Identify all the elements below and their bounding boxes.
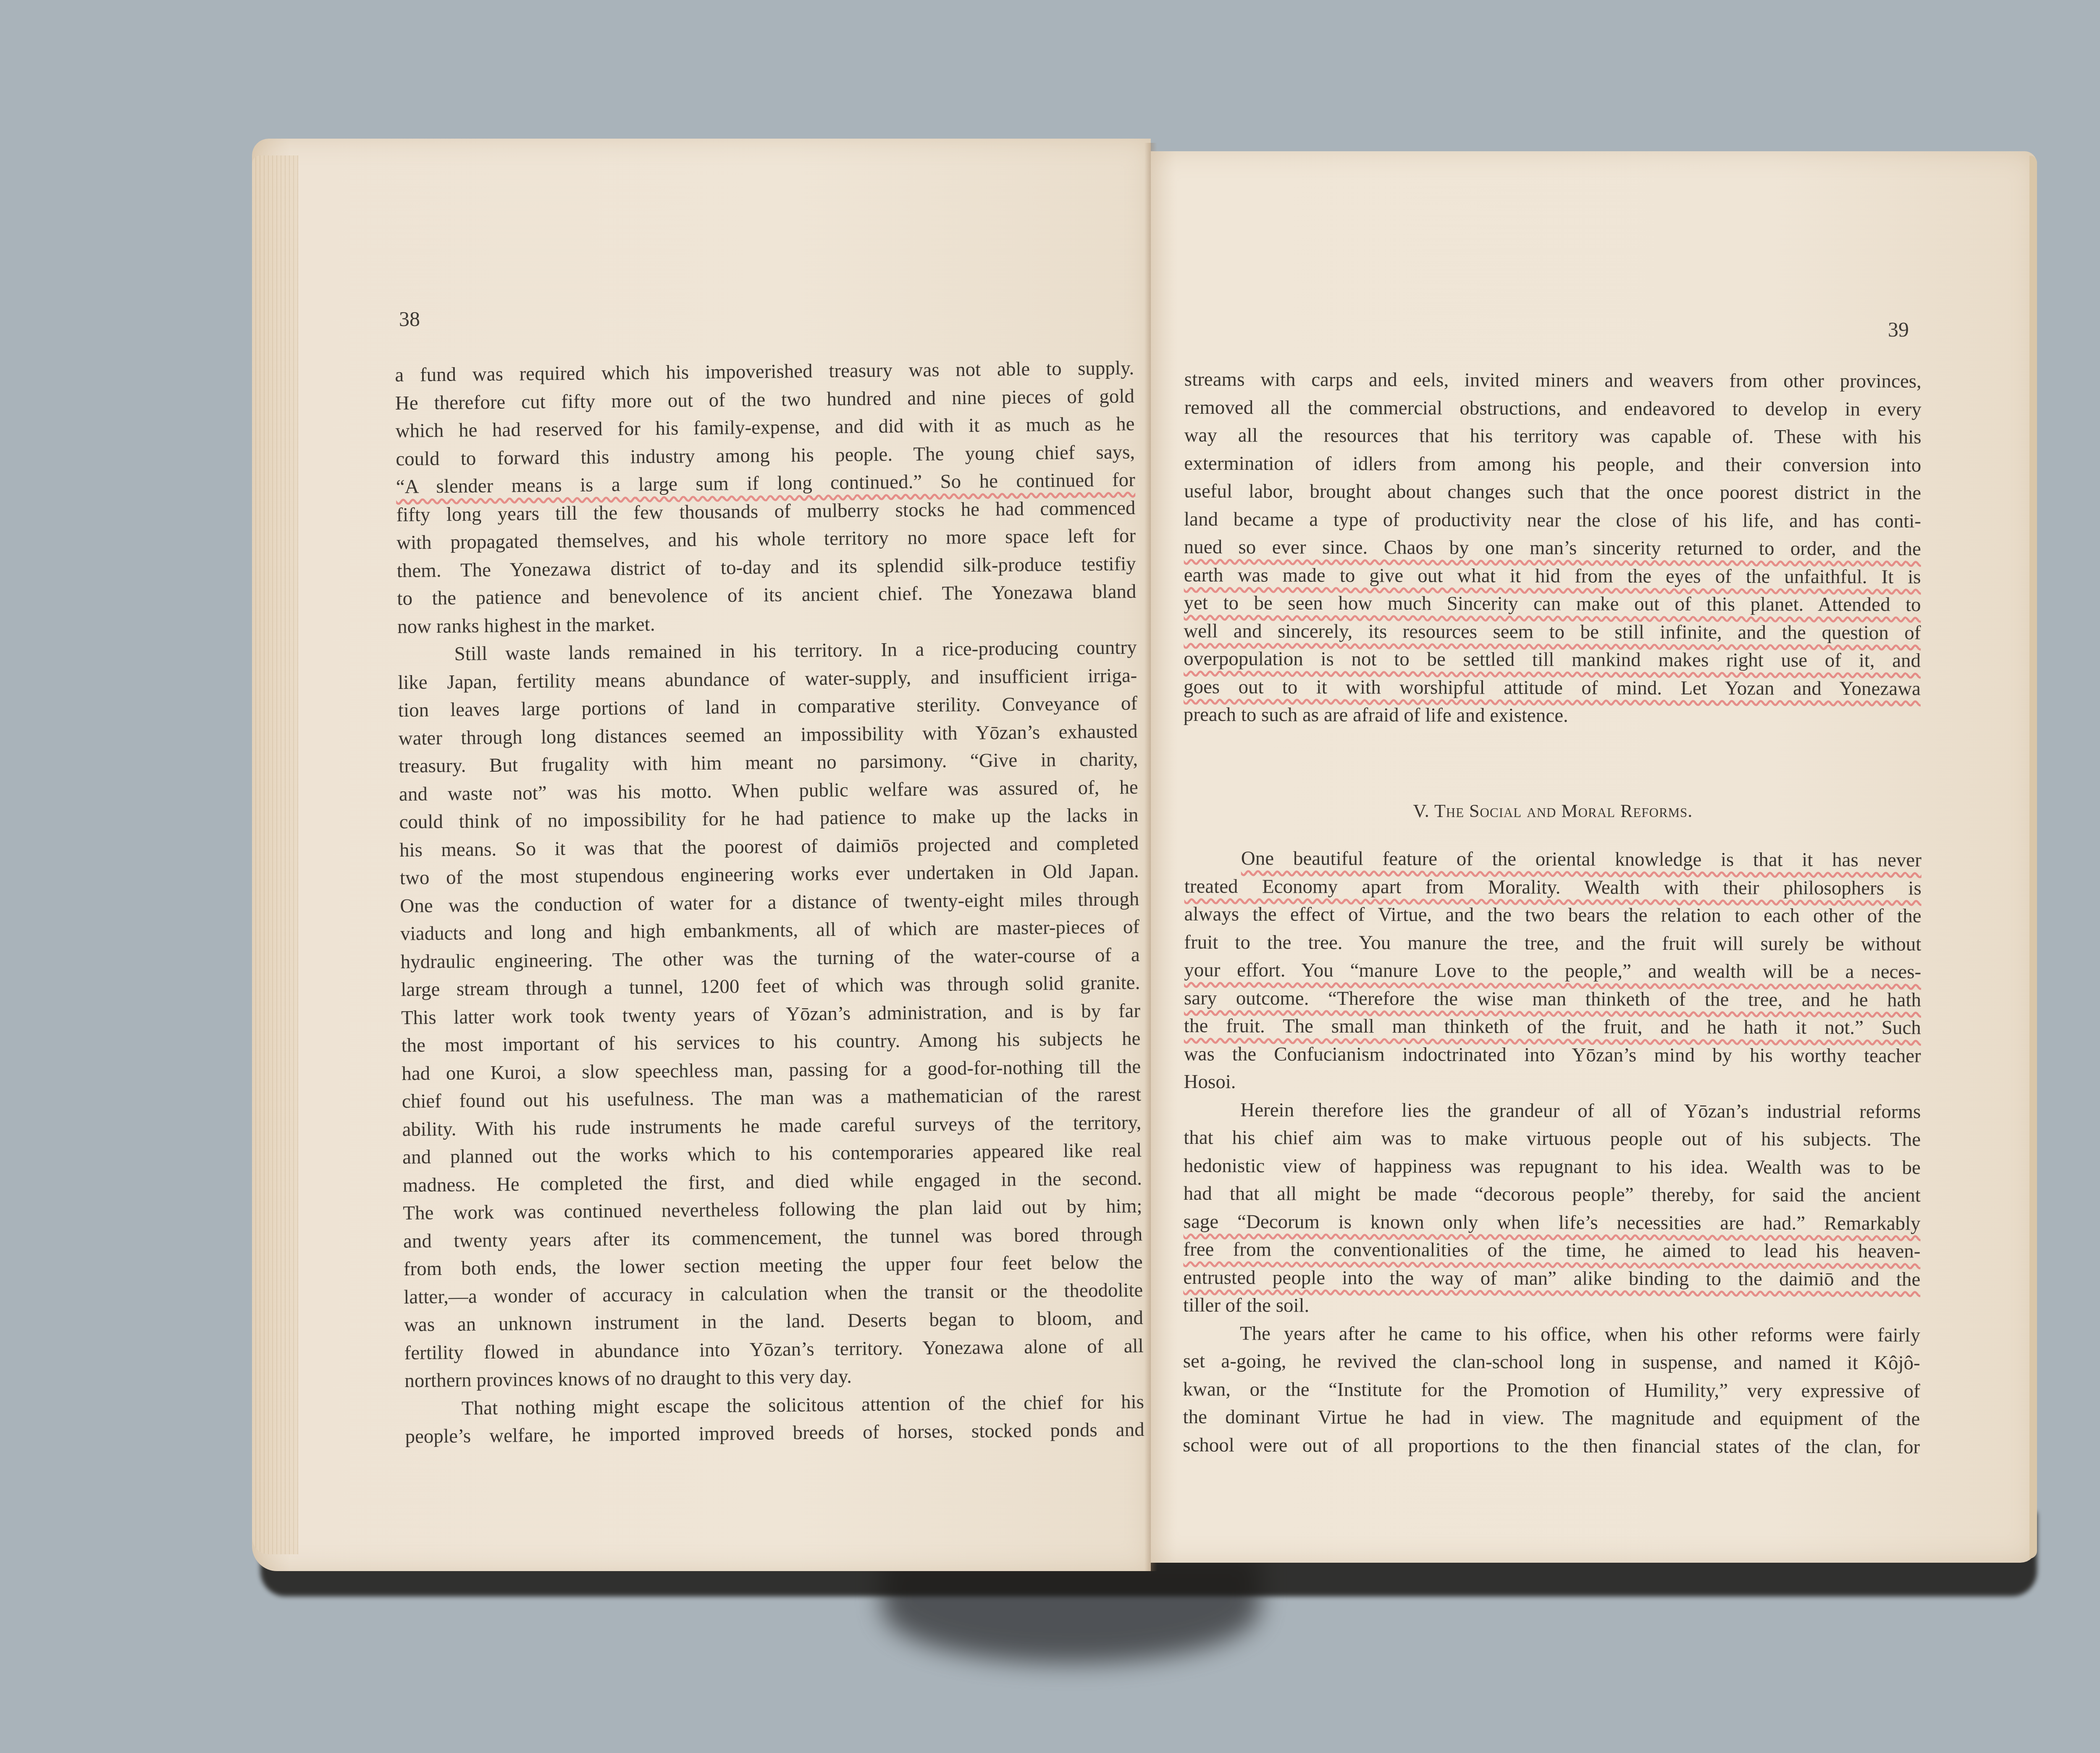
text-line: always the effect of Virtue, and the two… <box>1184 900 1921 930</box>
text-line: fruit to the tree. You manure the tree, … <box>1184 928 1921 958</box>
text-line: Hosoi. <box>1184 1068 1921 1098</box>
highlighted-line: the fruit. The small man thinketh of the… <box>1184 1012 1921 1042</box>
highlighted-line: overpopulation is not to be settled till… <box>1184 645 1921 675</box>
highlighted-line: One beautiful feature of the oriental kn… <box>1184 844 1921 874</box>
text-line: the dominant Virtue he had in view. The … <box>1183 1403 1920 1433</box>
text-line: The years after he came to his office, w… <box>1183 1319 1920 1349</box>
highlighted-line: free from the conventionalities of the t… <box>1183 1235 1920 1265</box>
left-page: 38 a fund was required which his impover… <box>252 139 1151 1571</box>
highlighted-line: your effort. You “manure Love to the peo… <box>1184 956 1921 986</box>
page-edge <box>2029 155 2037 1559</box>
page-number: 38 <box>399 307 420 331</box>
left-page-text: a fund was required which his impoverish… <box>395 354 1144 1451</box>
page-number: 39 <box>1888 317 1909 342</box>
text-line: had that all might be made “decorous peo… <box>1184 1180 1921 1209</box>
highlighted-line: goes out to it with worshipful attitude … <box>1184 673 1921 702</box>
highlighted-line: earth was made to give out what it hid f… <box>1184 561 1921 591</box>
page-edges-stack <box>252 155 298 1554</box>
highlighted-line: nued so ever since. Chaos by one man’s s… <box>1184 533 1921 563</box>
text-line: streams with carps and eels, invited min… <box>1184 365 1921 395</box>
text-line: was the Confucianism indoctrinated into … <box>1184 1040 1921 1070</box>
text-line: tiller of the soil. <box>1183 1291 1920 1321</box>
highlighted-line: sary outcome. “Therefore the wise man th… <box>1184 984 1921 1014</box>
text-line: extermination of idlers from among his p… <box>1184 449 1921 479</box>
text-line: preach to such as are afraid of life and… <box>1184 701 1921 731</box>
section-heading: V. The Social and Moral Reforms. <box>1184 800 1921 822</box>
text-line: removed all the commercial obstructions,… <box>1184 393 1921 423</box>
text-line: useful labor, brought about changes such… <box>1184 477 1921 507</box>
text-line: kwan, or the “Institute for the Promotio… <box>1183 1375 1920 1405</box>
text-line: Herein therefore lies the grandeur of al… <box>1184 1096 1921 1125</box>
right-page-text-top: streams with carps and eels, invited min… <box>1184 365 1921 731</box>
highlighted-line: entrusted people into the way of man” al… <box>1183 1263 1920 1293</box>
right-page-text-bottom: One beautiful feature of the oriental kn… <box>1183 844 1921 1461</box>
highlighted-line: yet to be seen how much Sincerity can ma… <box>1184 589 1921 619</box>
text-line: school were out of all proportions to th… <box>1183 1431 1920 1461</box>
text-line: that his chief aim was to make virtuous … <box>1184 1124 1921 1154</box>
text-line: land became a type of productivity near … <box>1184 505 1921 535</box>
highlighted-line: treated Economy apart from Morality. Wea… <box>1184 872 1921 902</box>
text-line: hedonistic view of happiness was repugna… <box>1184 1151 1921 1181</box>
text-line: way all the resources that his territory… <box>1184 421 1921 451</box>
highlighted-line: sage “Decorum is known only when life’s … <box>1184 1207 1921 1237</box>
highlighted-line: well and sincerely, its resources seem t… <box>1184 617 1921 647</box>
text-line: set a-going, he revived the clan-school … <box>1183 1347 1920 1377</box>
right-page: 39 streams with carps and eels, invited … <box>1151 151 2037 1563</box>
